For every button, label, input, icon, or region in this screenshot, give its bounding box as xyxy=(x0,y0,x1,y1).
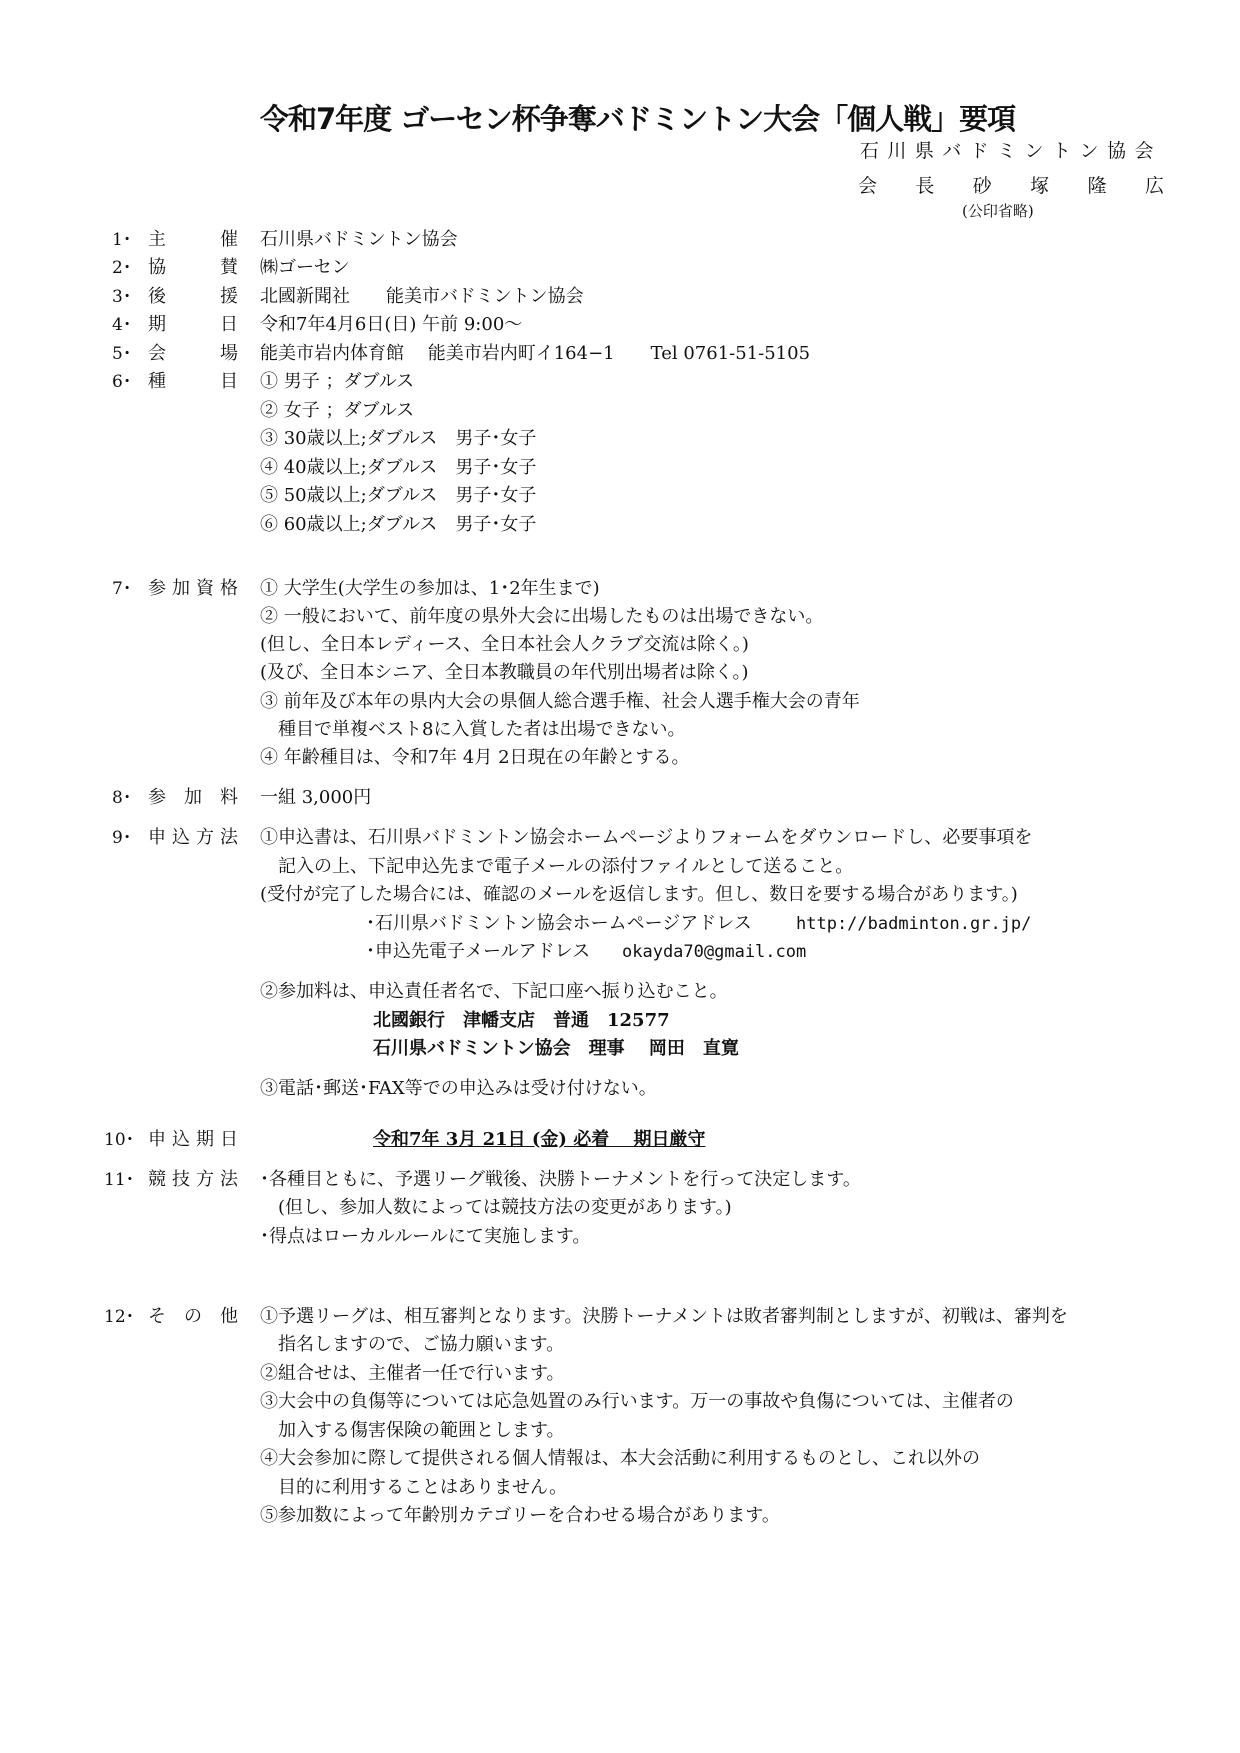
section-label: 主催 xyxy=(148,228,238,252)
email-label: ･申込先電子メールアドレス xyxy=(366,940,590,964)
section-content: ㈱ゴーセン xyxy=(260,256,350,280)
event-item: ④ 40歳以上;ダブルス 男子･女子 xyxy=(260,456,536,480)
section-number: 12･ xyxy=(104,1305,134,1329)
section-label: その他 xyxy=(148,1305,238,1329)
event-item: ① 男子 ；ダブルス xyxy=(260,370,414,394)
eligibility-item: 種目で単複ベスト8に入賞した者は出場できない。 xyxy=(260,718,685,742)
account-holder: 石川県バドミントン協会 理事 岡田 直寛 xyxy=(373,1037,739,1061)
entry-fee: 一組 3,000円 xyxy=(260,786,371,810)
section-content: 石川県バドミントン協会 xyxy=(260,228,458,252)
section-content: 能美市岩内体育館 能美市岩内町イ164−1 Tel 0761-51-5105 xyxy=(260,342,810,366)
eligibility-note: (及び、全日本シニア、全日本教職員の年代別出場者は除く。) xyxy=(260,661,749,685)
event-item: ⑤ 50歳以上;ダブルス 男子･女子 xyxy=(260,484,536,508)
section-content: 令和7年4月6日(日) 午前 9:00～ xyxy=(260,313,522,337)
issuer-president: 会 長 砂 塚 隆 広 xyxy=(858,171,1164,198)
other-item: ②組合せは、主催者一任で行います。 xyxy=(260,1362,565,1386)
other-item: 指名しますので、ご協力願います。 xyxy=(260,1333,564,1357)
other-item: 目的に利用することはありません。 xyxy=(260,1476,567,1500)
president-label-char: 会 xyxy=(858,171,877,198)
section-label: 協賛 xyxy=(148,256,238,280)
president-name-char: 砂 xyxy=(973,171,992,198)
section-label: 期日 xyxy=(148,313,238,337)
eligibility-item: ① 大学生(大学生の参加は、1･2年生まで) xyxy=(260,577,600,601)
section-number: 1･ xyxy=(112,228,131,252)
section-content: 北國新聞社 能美市バドミントン協会 xyxy=(260,285,584,309)
application-restriction: ③電話･郵送･FAX等での申込みは受け付けない。 xyxy=(260,1077,657,1101)
application-step: 記入の上、下記申込先まで電子メールの添付ファイルとして送ること。 xyxy=(260,855,853,879)
section-label: 会場 xyxy=(148,342,238,366)
document-title: 令和7年度 ゴーセン杯争奪バドミントン大会「個人戦」要項 xyxy=(260,97,1015,138)
section-number: 9･ xyxy=(112,826,131,850)
section-label: 競技方法 xyxy=(148,1168,238,1192)
eligibility-item: ④ 年齢種目は、令和7年 4月 2日現在の年齢とする。 xyxy=(260,746,690,770)
eligibility-item: ② 一般において、前年度の県外大会に出場したものは出場できない。 xyxy=(260,605,823,629)
section-number: 8･ xyxy=(112,786,131,810)
president-name-char: 隆 xyxy=(1088,171,1107,198)
president-label-char: 長 xyxy=(915,171,934,198)
application-deadline: 令和7年 3月 21日 (金) 必着 期日厳守 xyxy=(373,1128,705,1152)
section-number: 3･ xyxy=(112,285,131,309)
other-item: 加入する傷害保険の範囲とします。 xyxy=(260,1419,565,1443)
section-number: 2･ xyxy=(112,256,131,280)
section-label: 後援 xyxy=(148,285,238,309)
president-name-char: 広 xyxy=(1145,171,1164,198)
other-item: ③大会中の負傷等については応急処置のみ行います。万一の事故や負傷については、主催… xyxy=(260,1390,1014,1414)
format-note: (但し、参加人数によっては競技方法の変更があります。) xyxy=(260,1196,732,1220)
seal-note: (公印省略) xyxy=(962,200,1034,221)
application-step: ①申込書は、石川県バドミントン協会ホームページよりフォームをダウンロードし、必要… xyxy=(260,826,1032,850)
section-number: 7･ xyxy=(112,577,131,601)
section-number: 10･ xyxy=(104,1128,134,1152)
bank-account: 北國銀行 津幡支店 普通 12577 xyxy=(373,1009,670,1033)
section-label: 申込方法 xyxy=(148,826,238,850)
format-item: ･各種目ともに、予選リーグ戦後、決勝トーナメントを行って決定します。 xyxy=(260,1168,861,1192)
section-number: 6･ xyxy=(112,370,131,394)
event-item: ⑥ 60歳以上;ダブルス 男子･女子 xyxy=(260,513,536,537)
section-number: 5･ xyxy=(112,342,131,366)
application-note: (受付が完了した場合には、確認のメールを返信します。但し、数日を要する場合があり… xyxy=(260,883,1018,907)
format-item: ･得点はローカルルールにて実施します。 xyxy=(260,1225,590,1249)
email-link[interactable]: okayda70@gmail.com xyxy=(622,940,806,964)
president-name-char: 塚 xyxy=(1030,171,1049,198)
section-number: 4･ xyxy=(112,313,131,337)
section-label: 参加料 xyxy=(148,786,238,810)
homepage-label: ･石川県バドミントン協会ホームページアドレス xyxy=(366,912,752,936)
section-label: 参加資格 xyxy=(148,577,238,601)
eligibility-note: (但し、全日本レディース、全日本社会人クラブ交流は除く。) xyxy=(260,633,749,657)
other-item: ⑤参加数によって年齢別カテゴリーを合わせる場合があります。 xyxy=(260,1504,780,1528)
eligibility-item: ③ 前年及び本年の県内大会の県個人総合選手権、社会人選手権大会の青年 xyxy=(260,690,860,714)
section-number: 11･ xyxy=(104,1168,134,1192)
other-item: ①予選リーグは、相互審判となります。決勝トーナメントは敗者審判制としますが、初戦… xyxy=(260,1305,1068,1329)
section-label: 種目 xyxy=(148,370,238,394)
payment-note: ②参加料は、申込責任者名で、下記口座へ振り込むこと。 xyxy=(260,980,728,1004)
section-label: 申込期日 xyxy=(148,1128,238,1152)
event-item: ③ 30歳以上;ダブルス 男子･女子 xyxy=(260,427,536,451)
event-item: ② 女子 ；ダブルス xyxy=(260,399,414,423)
homepage-link[interactable]: http://badminton.gr.jp/ xyxy=(796,912,1031,936)
issuer-organization: 石川県バドミントン協会 xyxy=(860,136,1162,163)
other-item: ④大会参加に際して提供される個人情報は、本大会活動に利用するものとし、これ以外の xyxy=(260,1447,980,1471)
